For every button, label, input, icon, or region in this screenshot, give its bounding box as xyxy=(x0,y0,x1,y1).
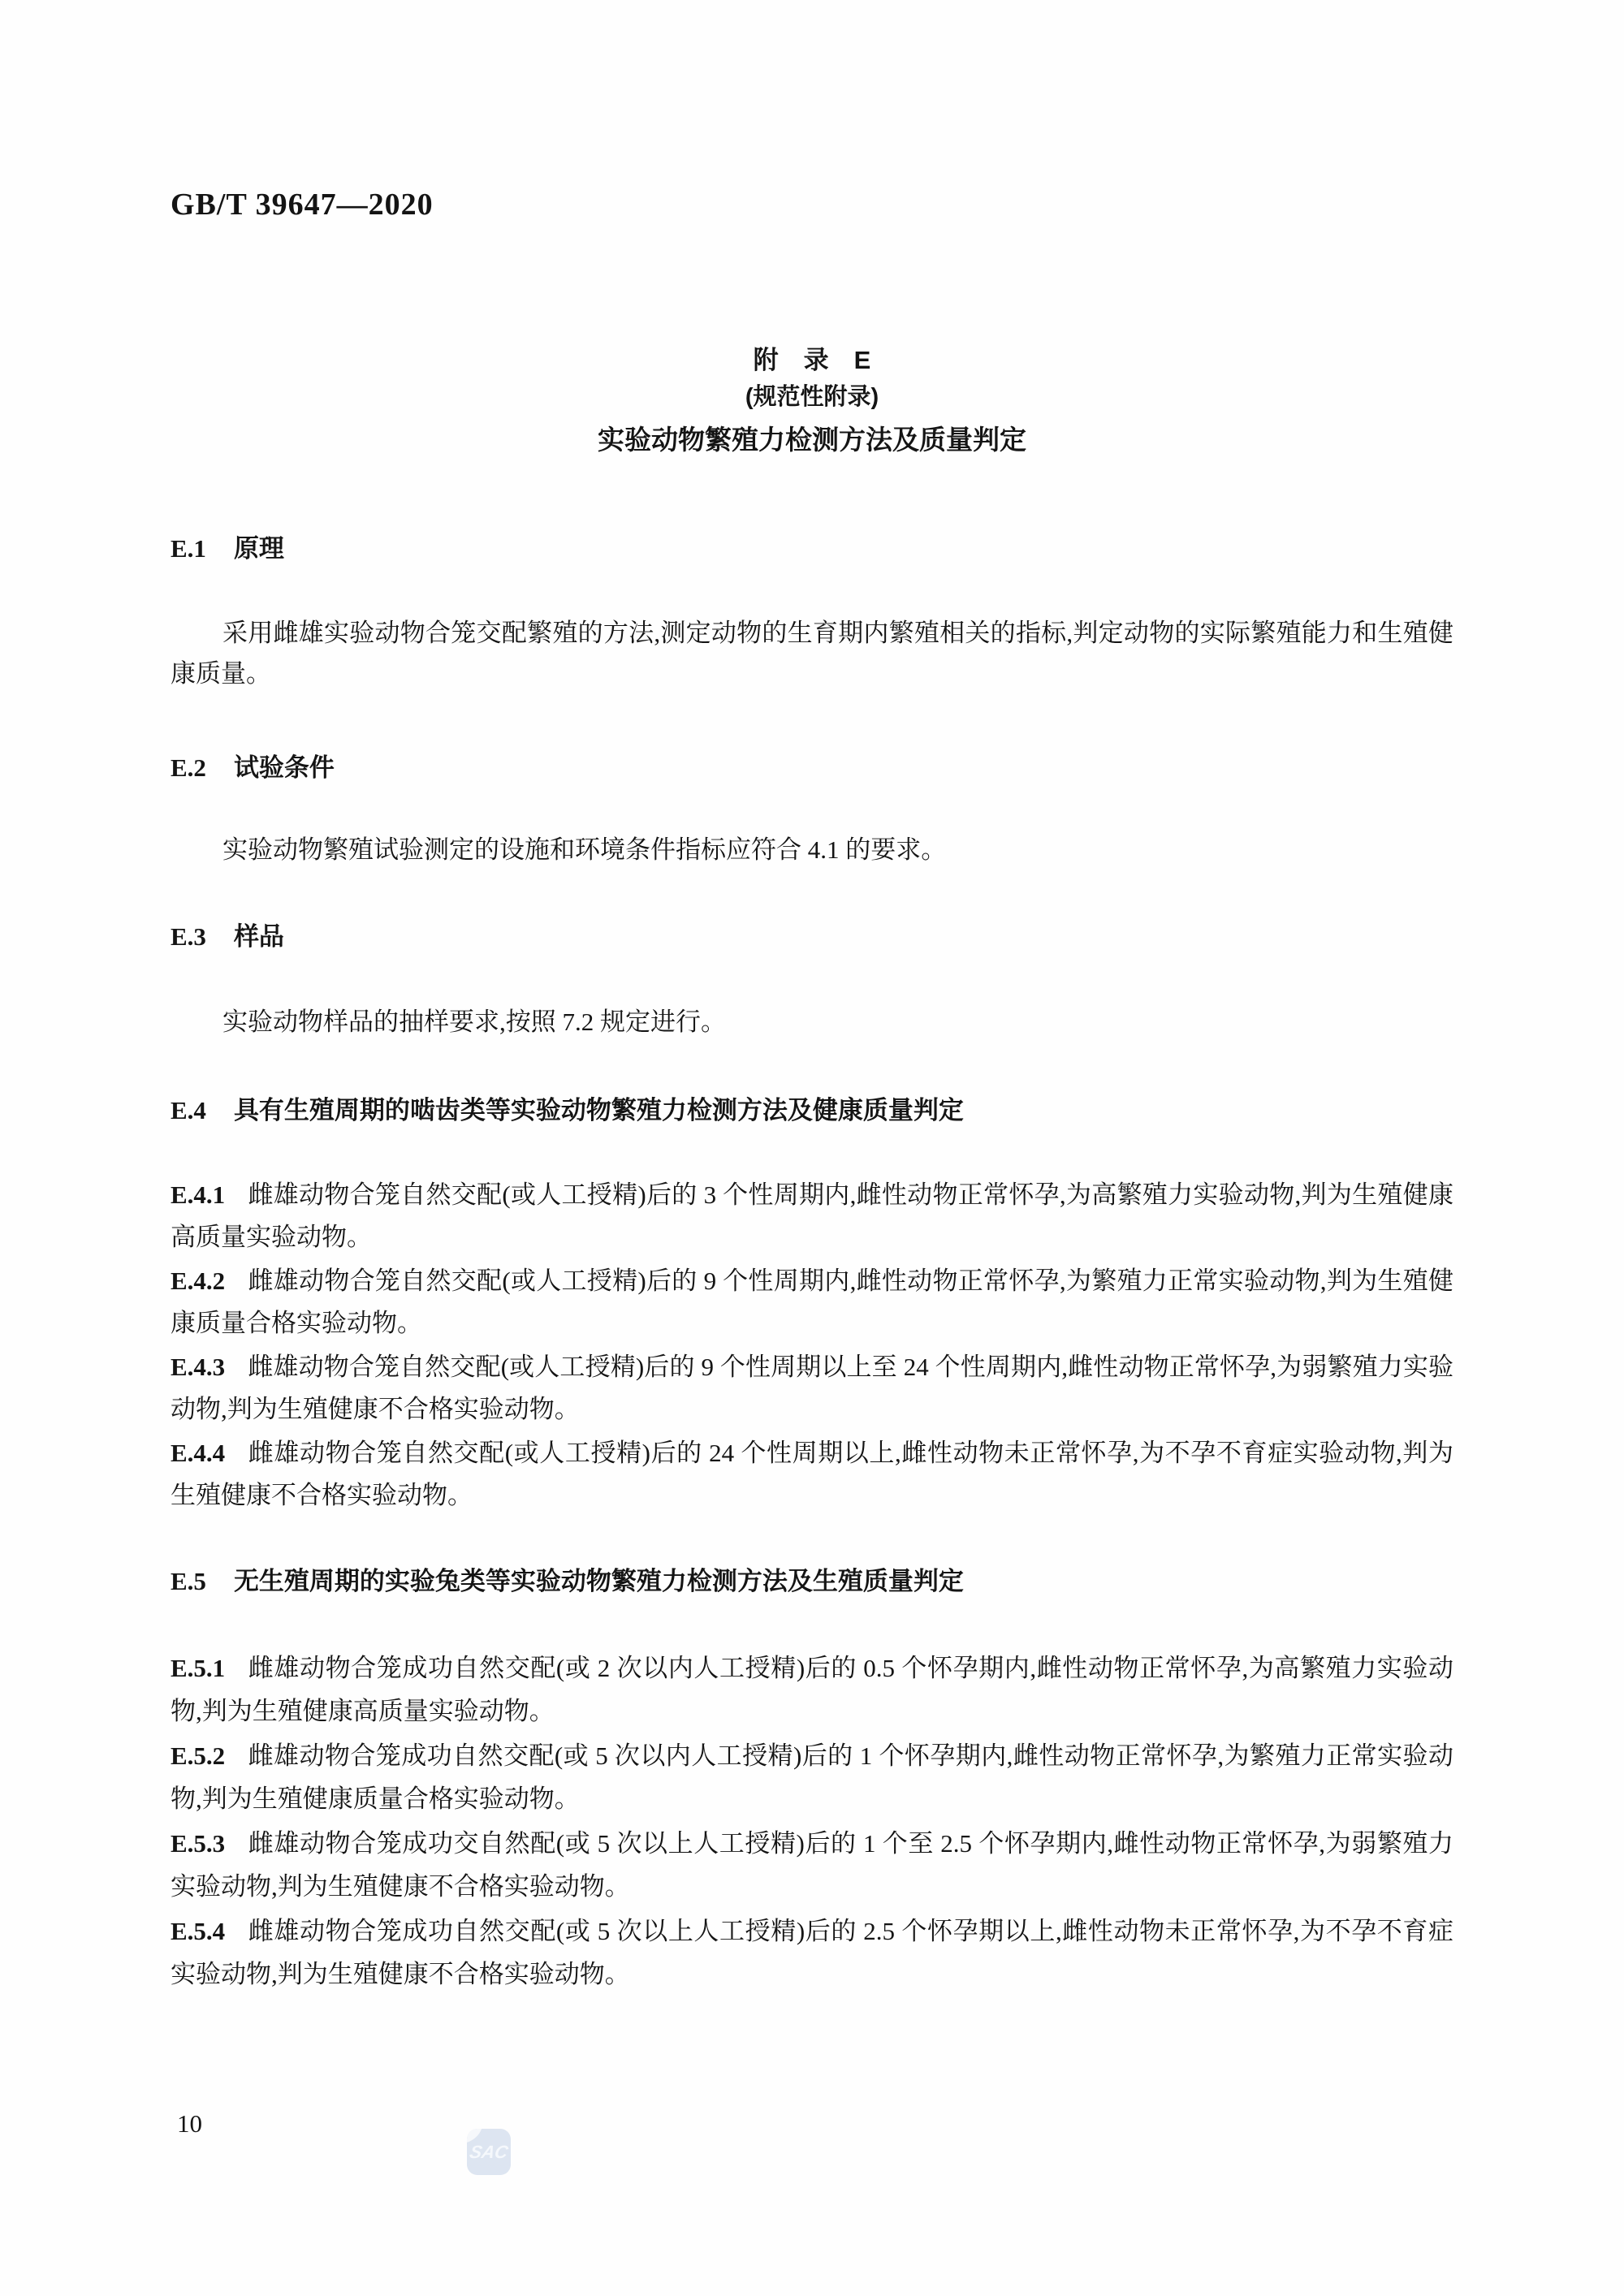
clause-e52: E.5.2雌雄动物合笼成功自然交配(或 5 次以内人工授精)后的 1 个怀孕期内… xyxy=(171,1734,1453,1820)
clause-number: E.5.1 xyxy=(171,1654,225,1682)
section-heading-e4: E.4具有生殖周期的啮齿类等实验动物繁殖力检测方法及健康质量判定 xyxy=(171,1090,1453,1126)
clause-list-e5: E.5.1雌雄动物合笼成功自然交配(或 2 次以内人工授精)后的 0.5 个怀孕… xyxy=(171,1646,1453,1997)
clause-number: E.5.3 xyxy=(171,1829,225,1858)
section-title: 原理 xyxy=(234,534,284,563)
section-number: E.2 xyxy=(171,753,206,782)
section-heading-e2: E.2试验条件 xyxy=(171,747,1453,783)
clause-number: E.4.2 xyxy=(171,1267,225,1295)
clause-e44: E.4.4雌雄动物合笼自然交配(或人工授精)后的 24 个性周期以上,雌性动物未… xyxy=(171,1432,1453,1517)
standard-number: GB/T 39647—2020 xyxy=(171,187,434,222)
section-paragraph-e1: 采用雌雄实验动物合笼交配繁殖的方法,测定动物的生育期内繁殖相关的指标,判定动物的… xyxy=(171,613,1453,694)
section-title: 无生殖周期的实验兔类等实验动物繁殖力检测方法及生殖质量判定 xyxy=(234,1567,964,1595)
clause-e51: E.5.1雌雄动物合笼成功自然交配(或 2 次以内人工授精)后的 0.5 个怀孕… xyxy=(171,1646,1453,1733)
clause-text: 雌雄动物合笼成功交自然配(或 5 次以上人工授精)后的 1 个至 2.5 个怀孕… xyxy=(171,1829,1453,1901)
appendix-name: 实验动物繁殖力检测方法及质量判定 xyxy=(0,419,1624,457)
clause-list-e4: E.4.1雌雄动物合笼自然交配(或人工授精)后的 3 个性周期内,雌性动物正常怀… xyxy=(171,1174,1453,1518)
clause-text: 雌雄动物合笼自然交配(或人工授精)后的 24 个性周期以上,雌性动物未正常怀孕,… xyxy=(171,1439,1453,1509)
section-number: E.1 xyxy=(171,534,206,563)
clause-e54: E.5.4雌雄动物合笼成功自然交配(或 5 次以上人工授精)后的 2.5 个怀孕… xyxy=(171,1910,1453,1996)
clause-text: 雌雄动物合笼成功自然交配(或 5 次以内人工授精)后的 1 个怀孕期内,雌性动物… xyxy=(171,1741,1453,1813)
section-number: E.3 xyxy=(171,922,206,951)
clause-number: E.4.3 xyxy=(171,1353,225,1381)
section-number: E.5 xyxy=(171,1567,206,1595)
section-title: 样品 xyxy=(234,922,284,951)
section-heading-e3: E.3样品 xyxy=(171,916,1453,952)
clause-text: 雌雄动物合笼自然交配(或人工授精)后的 9 个性周期内,雌性动物正常怀孕,为繁殖… xyxy=(171,1267,1453,1337)
section-heading-e1: E.1原理 xyxy=(171,528,1453,564)
clause-number: E.4.4 xyxy=(171,1439,225,1467)
section-title: 具有生殖周期的啮齿类等实验动物繁殖力检测方法及健康质量判定 xyxy=(234,1096,964,1124)
appendix-type-label: (规范性附录) xyxy=(0,378,1624,412)
clause-text: 雌雄动物合笼自然交配(或人工授精)后的 9 个性周期以上至 24 个性周期内,雌… xyxy=(171,1353,1453,1423)
clause-e42: E.4.2雌雄动物合笼自然交配(或人工授精)后的 9 个性周期内,雌性动物正常怀… xyxy=(171,1260,1453,1344)
appendix-label: 附 录 E xyxy=(0,339,1624,376)
section-title: 试验条件 xyxy=(234,753,335,782)
document-page: GB/T 39647—2020 附 录 E (规范性附录) 实验动物繁殖力检测方… xyxy=(0,0,1624,2296)
clause-text: 雌雄动物合笼成功自然交配(或 2 次以内人工授精)后的 0.5 个怀孕期内,雌性… xyxy=(171,1654,1453,1725)
clause-e41: E.4.1雌雄动物合笼自然交配(或人工授精)后的 3 个性周期内,雌性动物正常怀… xyxy=(171,1174,1453,1258)
sac-watermark-logo: SAC xyxy=(467,2129,511,2175)
clause-number: E.5.2 xyxy=(171,1741,225,1770)
clause-number: E.5.4 xyxy=(171,1917,225,1945)
sac-watermark-text: SAC xyxy=(468,2142,510,2163)
page-number: 10 xyxy=(177,2109,202,2138)
clause-text: 雌雄动物合笼成功自然交配(或 5 次以上人工授精)后的 2.5 个怀孕期以上,雌… xyxy=(171,1917,1453,1988)
clause-e43: E.4.3雌雄动物合笼自然交配(或人工授精)后的 9 个性周期以上至 24 个性… xyxy=(171,1346,1453,1431)
clause-number: E.4.1 xyxy=(171,1180,225,1209)
clause-e53: E.5.3雌雄动物合笼成功交自然配(或 5 次以上人工授精)后的 1 个至 2.… xyxy=(171,1822,1453,1908)
section-number: E.4 xyxy=(171,1096,206,1124)
section-paragraph-e3: 实验动物样品的抽样要求,按照 7.2 规定进行。 xyxy=(171,1002,1453,1042)
clause-text: 雌雄动物合笼自然交配(或人工授精)后的 3 个性周期内,雌性动物正常怀孕,为高繁… xyxy=(171,1180,1453,1251)
section-paragraph-e2: 实验动物繁殖试验测定的设施和环境条件指标应符合 4.1 的要求。 xyxy=(171,830,1453,870)
section-heading-e5: E.5无生殖周期的实验兔类等实验动物繁殖力检测方法及生殖质量判定 xyxy=(171,1560,1453,1597)
